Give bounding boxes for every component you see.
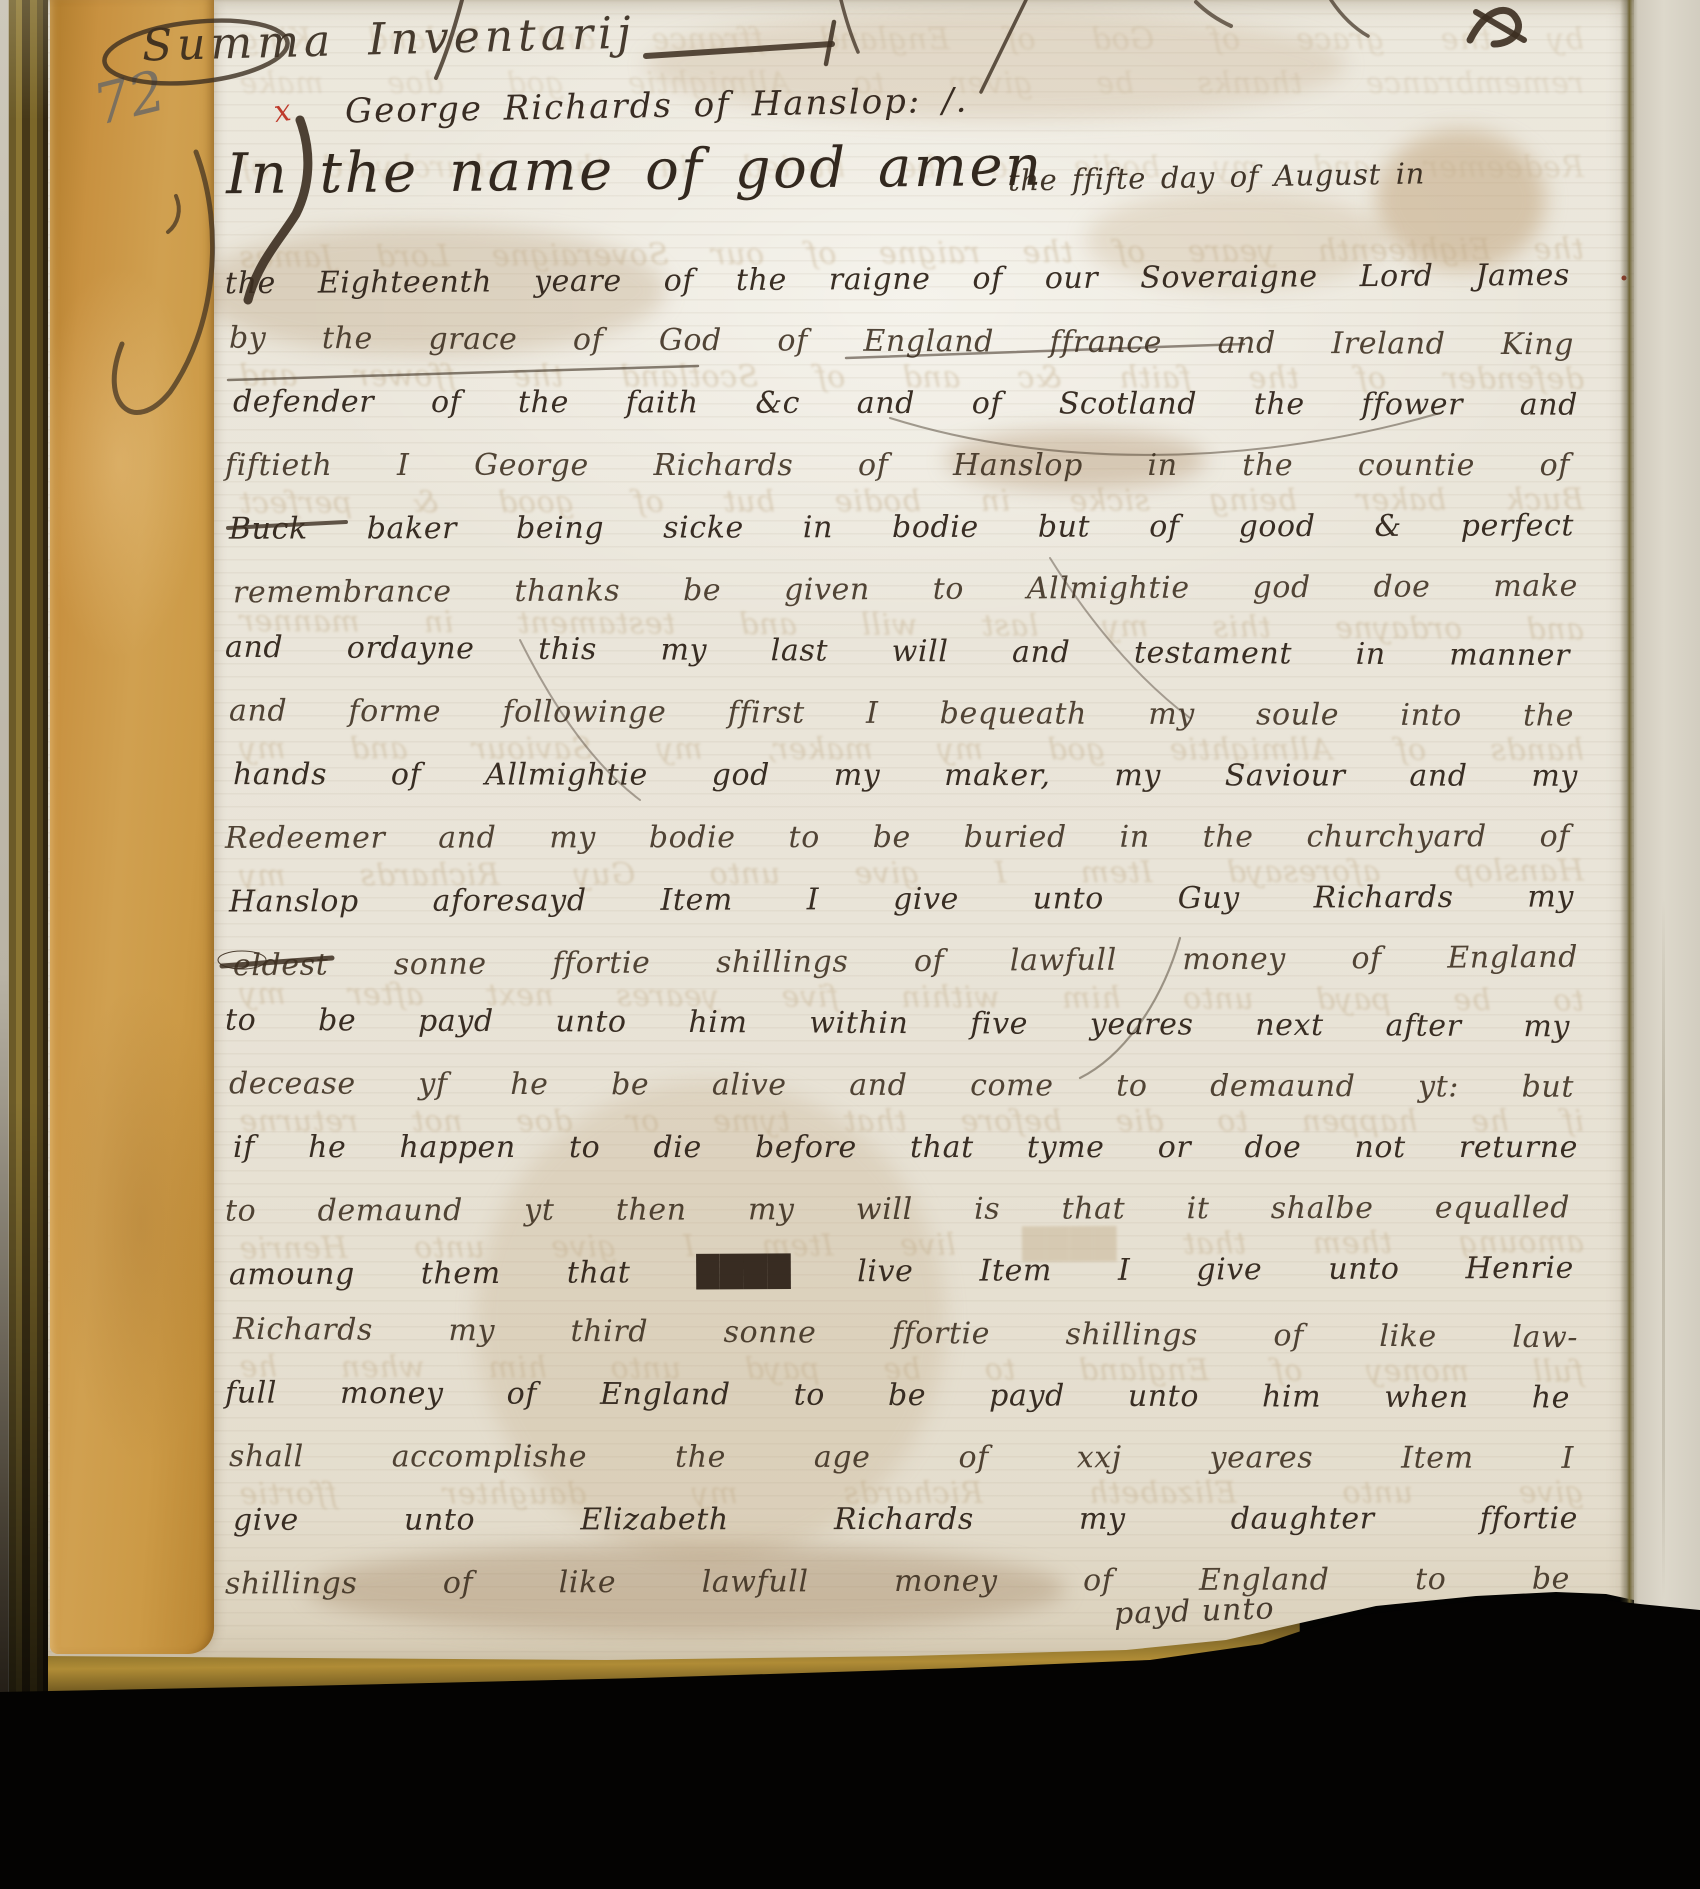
manuscript-line: and forme followinge ffirst I bequeath m… xyxy=(229,693,1574,744)
manuscript-line: hands of Allmightie god my maker, my Sav… xyxy=(233,757,1578,805)
manuscript-line: Buck baker being sicke in bodie but of g… xyxy=(229,508,1574,557)
opening-continuation: the ffifte day of August in xyxy=(1008,156,1425,197)
catchword: payd unto xyxy=(1113,1591,1275,1632)
manuscript-line: shillings of like lawfull money of Engla… xyxy=(225,1561,1570,1612)
manuscript-line: decease yf he be alive and come to demau… xyxy=(229,1066,1574,1115)
red-check-mark: x xyxy=(272,93,294,130)
manuscript-line: Redeemer and my bodie to be buried in th… xyxy=(225,819,1570,867)
entry-title: George Richards of Hanslop: /. xyxy=(345,81,969,132)
ink-text-layer: Summa Inventarij George Richards of Hans… xyxy=(46,0,1634,1678)
manuscript-line: amoung them that ████ live Item I give u… xyxy=(229,1251,1574,1304)
manuscript-photo: the Eighteenth yeare of the raigne of ou… xyxy=(0,0,1700,1889)
manuscript-line: full money of England to be payd unto hi… xyxy=(225,1375,1570,1426)
summa-heading: Summa Inventarij xyxy=(141,8,636,72)
manuscript-line: Richards my third sonne ffortie shilling… xyxy=(233,1312,1578,1366)
margin-number: 72 xyxy=(87,58,172,138)
adjacent-page xyxy=(1634,0,1700,1616)
manuscript-line: fiftieth I George Richards of Hanslop in… xyxy=(225,448,1570,494)
opening-phrase: In the name of god amen xyxy=(226,134,1044,208)
manuscript-line: remembrance thanks be given to Allmighti… xyxy=(233,569,1578,622)
manuscript-line: eldest sonne ffortie shillings of lawful… xyxy=(233,940,1578,994)
manuscript-line: by the grace of God of England ffrance a… xyxy=(229,321,1574,374)
manuscript-line: if he happen to die before that tyme or … xyxy=(233,1130,1578,1176)
manuscript-line: and ordayne this my last will and testam… xyxy=(225,630,1570,684)
manuscript-page: the Eighteenth yeare of the raigne of ou… xyxy=(46,0,1634,1678)
adjacent-page-fold-line xyxy=(1662,900,1665,1600)
manuscript-line: Hanslop aforesayd Item I give unto Guy R… xyxy=(229,879,1574,930)
manuscript-line: the Eighteenth yeare of the raigne of ou… xyxy=(225,258,1570,312)
spine-binding xyxy=(6,0,48,1706)
manuscript-line: to demaund yt then my will is that it sh… xyxy=(225,1190,1570,1239)
outer-board-edge xyxy=(0,0,8,1770)
manuscript-line: to be payd unto him within five yeares n… xyxy=(225,1003,1570,1056)
manuscript-line: defender of the faith &c and of Scotland… xyxy=(233,384,1578,433)
gutter-shadow xyxy=(1620,0,1638,1612)
manuscript-line: shall accomplishe the age of xxj yeares … xyxy=(229,1439,1574,1487)
manuscript-line: give unto Elizabeth Richards my daughter… xyxy=(233,1501,1578,1549)
